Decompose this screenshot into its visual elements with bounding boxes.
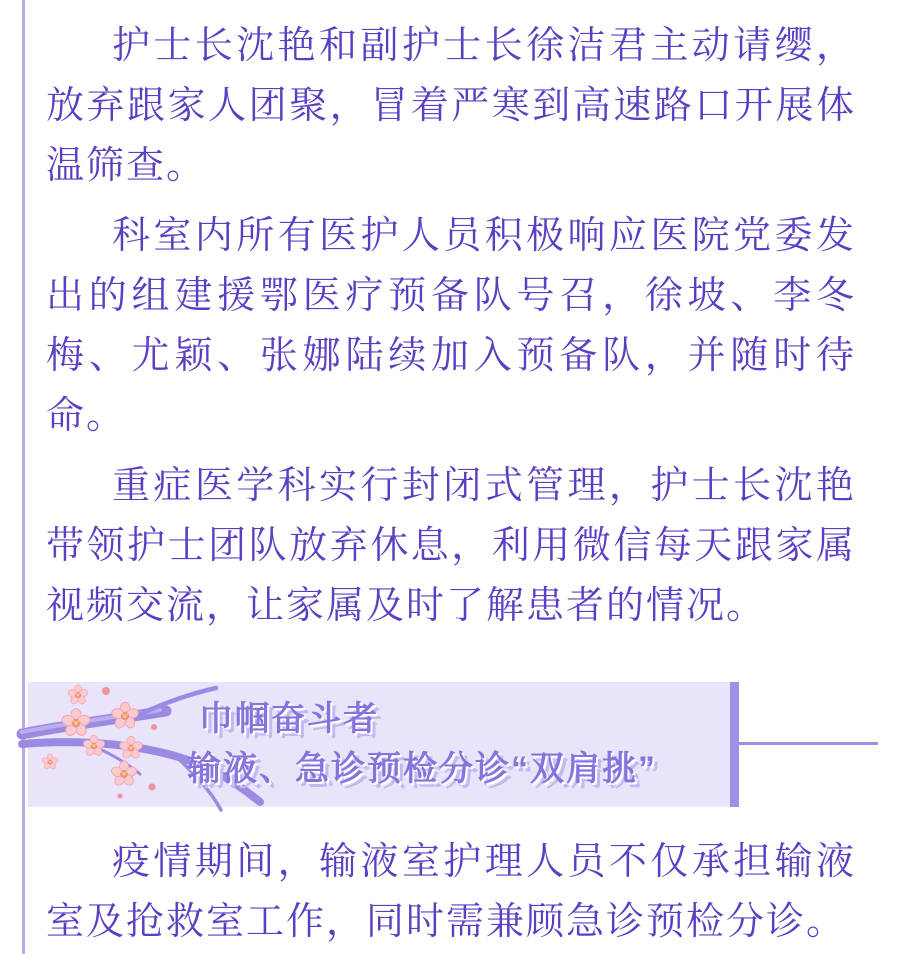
paragraph-closed-management: 重症医学科实行封闭式管理，护士长沈艳带领护士团队放弃休息，利用微信每天跟家属视频… xyxy=(46,456,856,636)
paragraph-temperature-screening: 护士长沈艳和副护士长徐洁君主动请缨，放弃跟家人团聚，冒着严寒到高速路口开展体温筛… xyxy=(46,16,856,196)
left-edge-rule xyxy=(22,0,25,954)
paragraph-infusion-room: 疫情期间，输液室护理人员不仅承担输液室及抢救室工作，同时需兼顾急诊预检分诊。 xyxy=(46,832,856,952)
banner-right-bar xyxy=(730,682,739,807)
paragraph-reserve-team: 科室内所有医护人员积极响应医院党委发出的组建援鄂医疗预备队号召，徐坡、李冬梅、尤… xyxy=(46,206,856,446)
banner-title-line1: 巾帼奋斗者 xyxy=(187,694,657,744)
banner-title-line2: 输液、急诊预检分诊“双肩挑” xyxy=(187,744,657,794)
article-body: 护士长沈艳和副护士长徐洁君主动请缨，放弃跟家人团聚，冒着严寒到高速路口开展体温筛… xyxy=(46,0,856,954)
banner-horizontal-line xyxy=(739,742,878,745)
section-banner: 巾帼奋斗者 输液、急诊预检分诊“双肩挑” xyxy=(28,682,730,807)
banner-title-block: 巾帼奋斗者 输液、急诊预检分诊“双肩挑” xyxy=(187,694,657,794)
